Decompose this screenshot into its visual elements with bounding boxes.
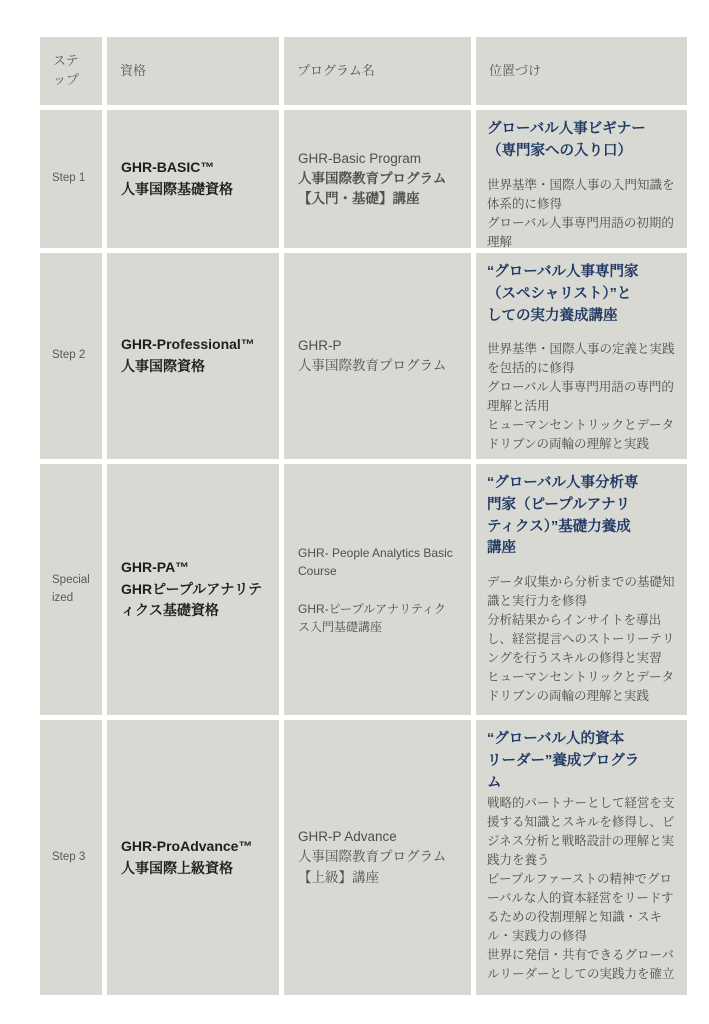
program-name-ja: 人事国際教育プログラム【入門・基礎】講座 [298, 169, 457, 210]
program-name-ja: 人事国際教育プログラム【上級】講座 [298, 847, 457, 888]
position-title: “グローバル人事分析専 門家（ピープルアナリ ティクス）”基礎力養成 講座 [487, 473, 676, 560]
row2-step-cell: Step 2 [40, 253, 102, 459]
row4-step-cell: Step 3 [40, 720, 102, 995]
row1-qualification-cell: GHR-BASIC™ 人事国際基礎資格 [107, 110, 279, 248]
row1-program-cell: GHR-Basic Program 人事国際教育プログラム【入門・基礎】講座 [284, 110, 471, 248]
step-label: Step 1 [52, 170, 85, 187]
program-name-en: GHR-P Advance [298, 827, 457, 847]
header-position-label: 位置づけ [489, 62, 541, 81]
row1-step-cell: Step 1 [40, 110, 102, 248]
position-title: “グローバル人事専門家 （スペシャリスト）”と しての実力養成講座 [487, 262, 676, 327]
position-points: 世界基準・国際人事の入門知識を体系的に修得 グローバル人事専門用語の初期的理解 [487, 176, 676, 249]
position-points: データ収集から分析までの基礎知識と実行力を修得 分析結果からインサイトを導出し、… [487, 573, 676, 706]
position-title: グローバル人事ビギナー （専門家への入り口） [487, 119, 676, 163]
program-name-en: GHR-P [298, 336, 457, 356]
program-name-ja: GHR-ピープルアナリティクス入門基礎講座 [298, 600, 457, 636]
qualification-label: GHR-BASIC™ 人事国際基礎資格 [121, 157, 233, 200]
header-program: プログラム名 [284, 37, 471, 105]
row3-position-cell: “グローバル人事分析専 門家（ピープルアナリ ティクス）”基礎力養成 講座 デー… [476, 464, 687, 715]
header-program-label: プログラム名 [297, 62, 375, 81]
step-label: Specialized [52, 572, 90, 607]
row3-qualification-cell: GHR-PA™ GHRピープルアナリティクス基礎資格 [107, 464, 279, 715]
step-label: Step 2 [52, 347, 85, 364]
row4-position-cell: “グローバル人的資本 リーダー”養成プログラ ム 戦略的パートナーとして経営を支… [476, 720, 687, 995]
qualification-label: GHR-ProAdvance™ 人事国際上級資格 [121, 836, 252, 879]
header-qualification: 資格 [107, 37, 279, 105]
position-points: 世界基準・国際人事の定義と実践を包括的に修得 グローバル人事専門用語の専門的理解… [487, 340, 676, 454]
row2-qualification-cell: GHR-Professional™ 人事国際資格 [107, 253, 279, 459]
row2-position-cell: “グローバル人事専門家 （スペシャリスト）”と しての実力養成講座 世界基準・国… [476, 253, 687, 459]
program-spacer [298, 580, 457, 600]
row2-program-cell: GHR-P 人事国際教育プログラム [284, 253, 471, 459]
row3-program-cell: GHR- People Analytics Basic Course GHR-ピ… [284, 464, 471, 715]
program-name-en: GHR- People Analytics Basic Course [298, 544, 457, 580]
position-title: “グローバル人的資本 リーダー”養成プログラ ム [487, 729, 676, 794]
page: { "colors": { "cell_bg": "#d8d9d3", "tit… [0, 0, 709, 1024]
header-qualification-label: 資格 [120, 62, 146, 81]
header-step: ステップ [40, 37, 102, 105]
header-position: 位置づけ [476, 37, 687, 105]
position-points: 戦略的パートナーとして経営を支援する知識とスキルを修得し、ビジネス分析と戦略設計… [487, 794, 676, 984]
row3-step-cell: Specialized [40, 464, 102, 715]
program-name-en: GHR-Basic Program [298, 149, 457, 169]
step-label: Step 3 [52, 849, 85, 866]
qualification-label: GHR-PA™ GHRピープルアナリティクス基礎資格 [121, 557, 265, 622]
header-step-label: ステップ [53, 52, 89, 90]
row1-position-cell: グローバル人事ビギナー （専門家への入り口） 世界基準・国際人事の入門知識を体系… [476, 110, 687, 248]
program-name-ja: 人事国際教育プログラム [298, 356, 457, 376]
certification-table: ステップ 資格 プログラム名 位置づけ Step 1 GHR-BASIC™ 人事… [40, 37, 687, 995]
row4-qualification-cell: GHR-ProAdvance™ 人事国際上級資格 [107, 720, 279, 995]
row4-program-cell: GHR-P Advance 人事国際教育プログラム【上級】講座 [284, 720, 471, 995]
qualification-label: GHR-Professional™ 人事国際資格 [121, 334, 255, 377]
